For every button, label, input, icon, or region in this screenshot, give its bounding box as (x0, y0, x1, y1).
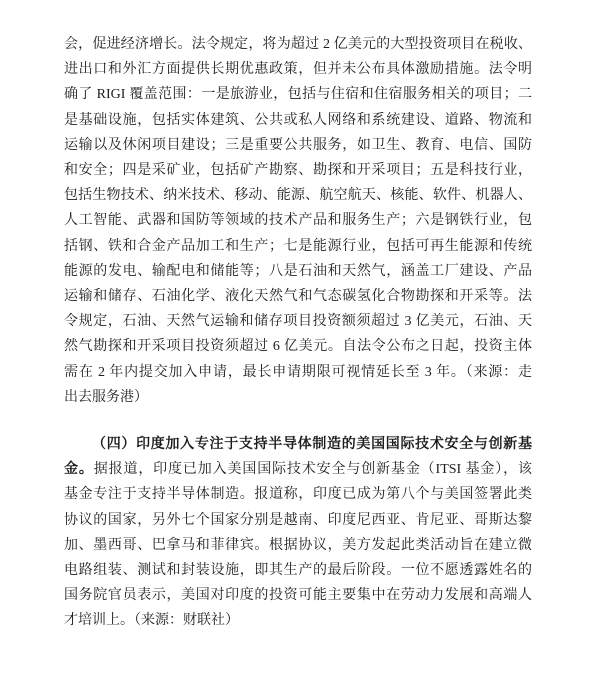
text-line: 电路组装、测试和封装设施，即其生产的最后阶段。一位不愿透露姓名的 (64, 558, 532, 583)
text-line: 能源的发电、输配电和储能等；八是石油和天然气，涵盖工厂建设、产品 (64, 259, 532, 284)
text-line: 是基础设施，包括实体建筑、公共或私人网络和系统建设、道路、物流和 (64, 108, 532, 133)
text-line: 加、墨西哥、巴拿马和菲律宾。根据协议，美方发起此类活动旨在建立微 (64, 533, 532, 558)
text-line: 确了 RIGI 覆盖范围：一是旅游业，包括与住宿和住宿服务相关的项目；二 (64, 82, 532, 107)
text-line: 括钢、铁和合金产品加工和生产；七是能源行业，包括可再生能源和传统 (64, 234, 532, 259)
text-line: 基金专注于支持半导体制造。报道称，印度已成为第八个与美国签署此类 (64, 482, 532, 507)
text-line: 人工智能、武器和国防等领域的技术产品和服务生产；六是钢铁行业，包 (64, 208, 532, 233)
text-line: 需在 2 年内提交加入申请，最长申请期限可视情延长至 3 年。（来源：走 (64, 360, 532, 385)
text-line: 包括生物技术、纳米技术、移动、能源、航空航天、核能、软件、机器人、 (64, 183, 532, 208)
text-line: 金。据报道，印度已加入美国国际技术安全与创新基金（ITSI 基金），该 (64, 457, 532, 482)
text-fragment: 据报道，印度已加入美国国际技术安全与创新基金（ITSI 基金），该 (94, 462, 532, 477)
heading-bold-fragment: 金。 (64, 462, 94, 477)
text-line: 会，促进经济增长。法令规定，将为超过 2 亿美元的大型投资项目在税收、 (64, 32, 532, 57)
text-line: 运输和储存、石油化学、液化天然气和气态碳氢化合物勘探和开采等。法 (64, 284, 532, 309)
text-line: 和安全；四是采矿业，包括矿产勘察、勘探和开采项目；五是科技行业， (64, 158, 532, 183)
text-line: 协议的国家，另外七个国家分别是越南、印度尼西亚、肯尼亚、哥斯达黎 (64, 508, 532, 533)
text-line: 出去服务港） (64, 385, 532, 410)
text-line: 令规定，石油、天然气运输和储存项目投资额须超过 3 亿美元，石油、天 (64, 309, 532, 334)
paragraph-heading-line: （四）印度加入专注于支持半导体制造的美国国际技术安全与创新基 (64, 432, 532, 457)
text-line: 然气勘探和开采项目投资须超过 6 亿美元。自法令公布之日起，投资主体 (64, 334, 532, 359)
paragraph-rigi-decree: 会，促进经济增长。法令规定，将为超过 2 亿美元的大型投资项目在税收、 进出口和… (64, 32, 532, 410)
paragraph-india-itsi: （四）印度加入专注于支持半导体制造的美国国际技术安全与创新基 金。据报道，印度已… (64, 432, 532, 634)
text-line: 国务院官员表示，美国对印度的投资可能主要集中在劳动力发展和高端人 (64, 583, 532, 608)
document-page: 会，促进经济增长。法令规定，将为超过 2 亿美元的大型投资项目在税收、 进出口和… (0, 0, 593, 683)
text-line: 运输以及休闲项目建设；三是重要公共服务，如卫生、教育、电信、国防 (64, 133, 532, 158)
text-line: 进出口和外汇方面提供长期优惠政策，但并未公布具体激励措施。法令明 (64, 57, 532, 82)
text-line: 才培训上。（来源：财联社） (64, 608, 532, 633)
